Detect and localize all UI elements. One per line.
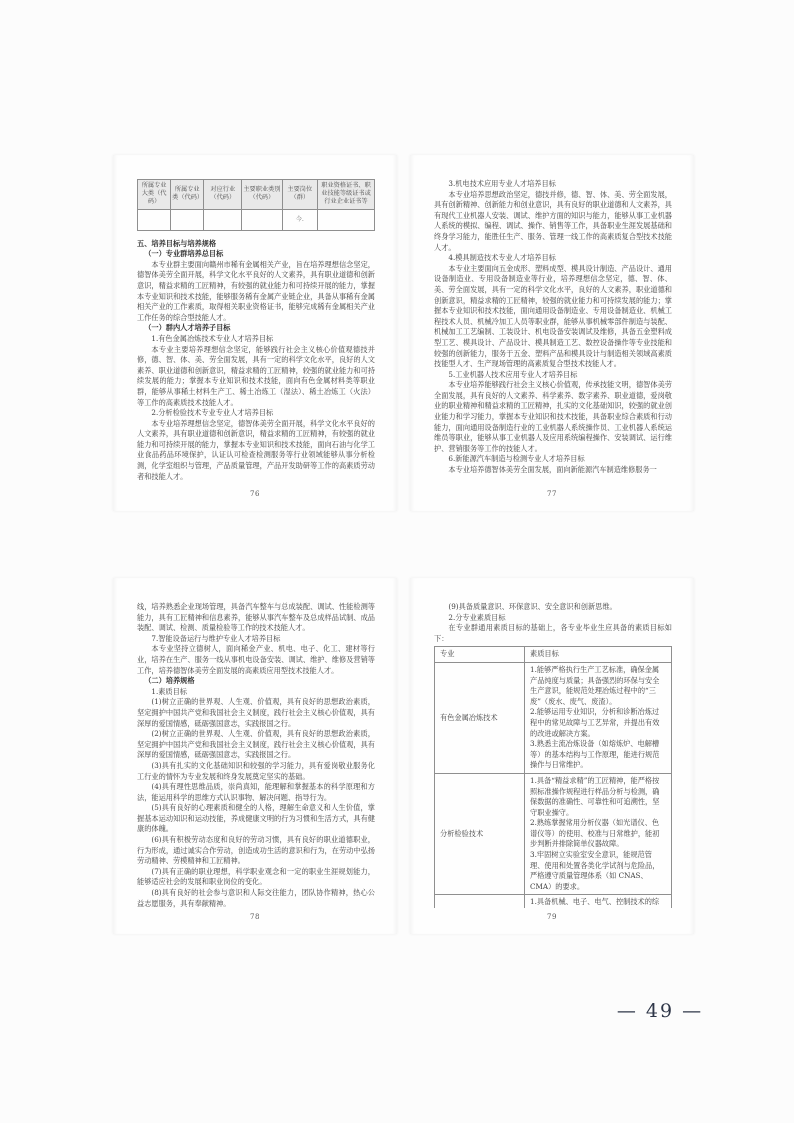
page-number: 79: [410, 913, 694, 921]
body-paragraph: (7)具有正确的职业理想，科学职业观念和一定的职业生涯规划能力，能够适应社会的发…: [137, 867, 375, 888]
spec-item: 2.熟练掌握常用分析仪器（如光谱仪、色谱仪等）的使用、校准与日常维护，能初步判断…: [530, 818, 666, 850]
table-cell: [171, 209, 204, 230]
table-cell: [138, 209, 171, 230]
table-row: 有色金属冶炼技术 1.能够严格执行生产工艺标准，确保金属产品纯度与质量；具备强烈…: [435, 662, 672, 773]
table-row: 机电技术应用 1.具备机械、电子、电气、控制技术的综合应用能力，能够进行机电设备…: [435, 895, 672, 908]
continuation-paragraph: 线，培养熟悉企业现场管理，具备汽车整车与总成装配、调试、性能检测等能力，具有工匠…: [137, 602, 375, 634]
body-paragraph: (2)树立正确的世界观、人生观、价值观，具有良好的思想政治素质，坚定拥护中国共产…: [137, 729, 375, 761]
subpage-78-content: 线，培养熟悉企业现场管理，具备汽车整车与总成装配、调试、性能检测等能力，具有工匠…: [137, 602, 375, 908]
body-paragraph: (3)具有扎实的文化基础知识和较强的学习能力，具有爱岗敬业服务化工行业的情怀为专…: [137, 761, 375, 782]
table-header-cell: 素质目标: [525, 647, 672, 663]
table-cell: 1.具备机械、电子、电气、控制技术的综合应用能力，能够进行机电设备的装配、调试、…: [525, 895, 672, 908]
subsection-heading: （一）群内人才培养子目标: [137, 323, 375, 334]
body-paragraph: (4)具有理性思维品质，崇尚真知，能理解和掌握基本的科学原理和方法，能运用科学的…: [137, 782, 375, 803]
table-row: 专业 素质目标: [435, 647, 672, 663]
body-paragraph: (9)具备质量意识、环保意识、安全意识和创新思维。: [434, 602, 672, 613]
body-paragraph: (1)树立正确的世界观、人生观、价值观，具有良好的思想政治素质，坚定拥护中国共产…: [137, 697, 375, 729]
list-paragraph: 7.智能设备运行与维护专业人才培养目标: [137, 634, 375, 645]
table-row: 所属专业大类（代码） 所属专业类（代码） 对应行业（代码） 主要职业类别（代码）…: [138, 180, 375, 210]
body-paragraph: 本专业主要面向五金成形、塑料成型、模具设计制造、产品设计、通用设备制造业、专用设…: [434, 264, 672, 370]
table-header-cell: 所属专业类（代码）: [171, 180, 204, 210]
subpage-79: (9)具备质量意识、环保意识、安全意识和创新思维。 2.分专业素质目标 在专业群…: [410, 578, 694, 934]
list-paragraph: 3.机电技术应用专业人才培养目标: [434, 179, 672, 190]
list-paragraph: 1.素质目标: [137, 687, 375, 698]
page-number: 77: [410, 490, 694, 498]
body-paragraph: 本专业坚持立德树人，面向稀金产业、机电、电子、化工、建材等行业，培养在生产、服务…: [137, 644, 375, 676]
subsection-heading: （一）专业群培养总目标: [137, 249, 375, 260]
table-row: 分析检验技术 1.具备“精益求精”的工匠精神，能严格按照标准操作规程进行样品分析…: [435, 773, 672, 895]
subpage-78: 线，培养熟悉企业现场管理，具备汽车整车与总成装配、调试、性能检测等能力，具有工匠…: [113, 578, 397, 934]
table-cell: 1.具备“精益求精”的工匠精神，能严格按照标准操作规程进行样品分析与检测，确保数…: [525, 773, 672, 895]
body-paragraph: (8)具有良好的社会参与意识和人际交往能力，团队协作精神，热心公益志愿服务，具有…: [137, 888, 375, 908]
body-paragraph: 本专业群主要面向赣州市稀有金属相关产业，旨在培养理想信念坚定，德智体美劳全面开展…: [137, 260, 375, 324]
table-cell: [242, 209, 282, 230]
table-cell: 1.能够严格执行生产工艺标准，确保金属产品纯度与质量；具备强烈的环保与安全生产意…: [525, 662, 672, 773]
body-paragraph: 本专业培养理想信念坚定，德智体美劳全面开展，科学文化水平良好的人文素养，具有职业…: [137, 419, 375, 483]
document-sheet: 所属专业大类（代码） 所属专业类（代码） 对应行业（代码） 主要职业类别（代码）…: [0, 0, 794, 1123]
list-paragraph: 5.工业机器人技术应用专业人才培养目标: [434, 370, 672, 381]
table-header-cell: 专业: [435, 647, 525, 663]
major-quality-table: 专业 素质目标 有色金属冶炼技术 1.能够严格执行生产工艺标准，确保金属产品纯度…: [434, 646, 672, 908]
body-paragraph: 本专业培养能够践行社会主义核心价值观，传承技能文明，德智体美劳全面发展，具有良好…: [434, 380, 672, 454]
list-paragraph: 2.分析检验技术专业专业人才培养目标: [137, 408, 375, 419]
subsection-heading: （二）培养规格: [137, 676, 375, 687]
spec-item: 1.能够严格执行生产工艺标准，确保金属产品纯度与质量；具备强烈的环保与安全生产意…: [530, 665, 666, 707]
table-row: 今.: [138, 209, 375, 230]
spec-item: 1.具备“精益求精”的工匠精神，能严格按照标准操作规程进行样品分析与检测，确保数…: [530, 776, 666, 818]
body-paragraph: 本专业培养德智体美劳全面发展，面向新能源汽车制造维修服务一: [434, 465, 672, 476]
body-paragraph: 在专业群通用素质目标的基础上，各专业毕业生应具备的素质目标如下：: [434, 623, 672, 644]
table-header-cell: 主要岗位（群）: [282, 180, 318, 210]
table-cell: 今.: [282, 209, 318, 230]
table-cell: [318, 209, 375, 230]
subpage-77-content: 3.机电技术应用专业人才培养目标 本专业培养思想政治坚定，德技并修，德、智、体、…: [434, 179, 672, 485]
spec-item: 3.熟悉主流冶炼设备（如熔炼炉、电解槽等）的基本结构与工作原理，能进行规范操作与…: [530, 739, 666, 771]
body-paragraph: (6)具有积极劳动态度和良好的劳动习惯，具有良好的职业道德职业，行为形成，通过诚…: [137, 835, 375, 867]
page-number: 78: [113, 913, 397, 921]
table-header-cell: 职业资格证书、职业技能等级证书或行业企业证书等: [318, 180, 375, 210]
spec-row-label: 有色金属冶炼技术: [435, 662, 525, 773]
subpage-77: 3.机电技术应用专业人才培养目标 本专业培养思想政治坚定，德技并修，德、智、体、…: [410, 155, 694, 511]
spec-row-label: 机电技术应用: [435, 895, 525, 908]
table-header-cell: 所属专业大类（代码）: [138, 180, 171, 210]
spec-item: 1.具备机械、电子、电气、控制技术的综合应用能力，能够进行机电设备的装配、调试、…: [530, 897, 666, 908]
list-paragraph: 6.新能源汽车制造与检测专业人才培养目标: [434, 454, 672, 465]
table-header-cell: 主要职业类别（代码）: [242, 180, 282, 210]
subpage-76-content: 所属专业大类（代码） 所属专业类（代码） 对应行业（代码） 主要职业类别（代码）…: [137, 179, 375, 485]
list-paragraph: 1.有色金属冶炼技术专业人才培养目标: [137, 334, 375, 345]
body-paragraph: (5)具有良好的心理素质和健全的人格，理解生命意义和人生价值，掌握基本运动知识和…: [137, 803, 375, 835]
sheet-page-number: — 49 —: [540, 1000, 780, 1022]
page-number: 76: [113, 490, 397, 498]
spec-row-label: 分析检验技术: [435, 773, 525, 895]
spec-item: 3.牢固树立实验室安全意识，能规范管理、使用和处置各类化学试剂与危险品，严格遵守…: [530, 850, 666, 892]
subpage-76: 所属专业大类（代码） 所属专业类（代码） 对应行业（代码） 主要职业类别（代码）…: [113, 155, 397, 511]
table-header-cell: 对应行业（代码）: [204, 180, 242, 210]
spec-item: 2.能够运用专业知识，分析和诊断冶炼过程中的常见故障与工艺异常，并提出有效的改进…: [530, 707, 666, 739]
list-paragraph: 4.模具制造技术专业人才培养目标: [434, 253, 672, 264]
body-paragraph: 本专业培养思想政治坚定，德技并修，德、智、体、美、劳全面发展，具有创新精神、创新…: [434, 190, 672, 254]
body-paragraph: 本专业主要培养理想信念坚定，能够践行社会主义核心价值观德技并修，德、智、体、美、…: [137, 345, 375, 409]
list-paragraph: 2.分专业素质目标: [434, 613, 672, 624]
table-cell: [204, 209, 242, 230]
major-info-table: 所属专业大类（代码） 所属专业类（代码） 对应行业（代码） 主要职业类别（代码）…: [137, 179, 375, 231]
subpage-79-content: (9)具备质量意识、环保意识、安全意识和创新思维。 2.分专业素质目标 在专业群…: [434, 602, 672, 908]
section-heading: 五、培养目标与培养规格: [137, 239, 375, 250]
